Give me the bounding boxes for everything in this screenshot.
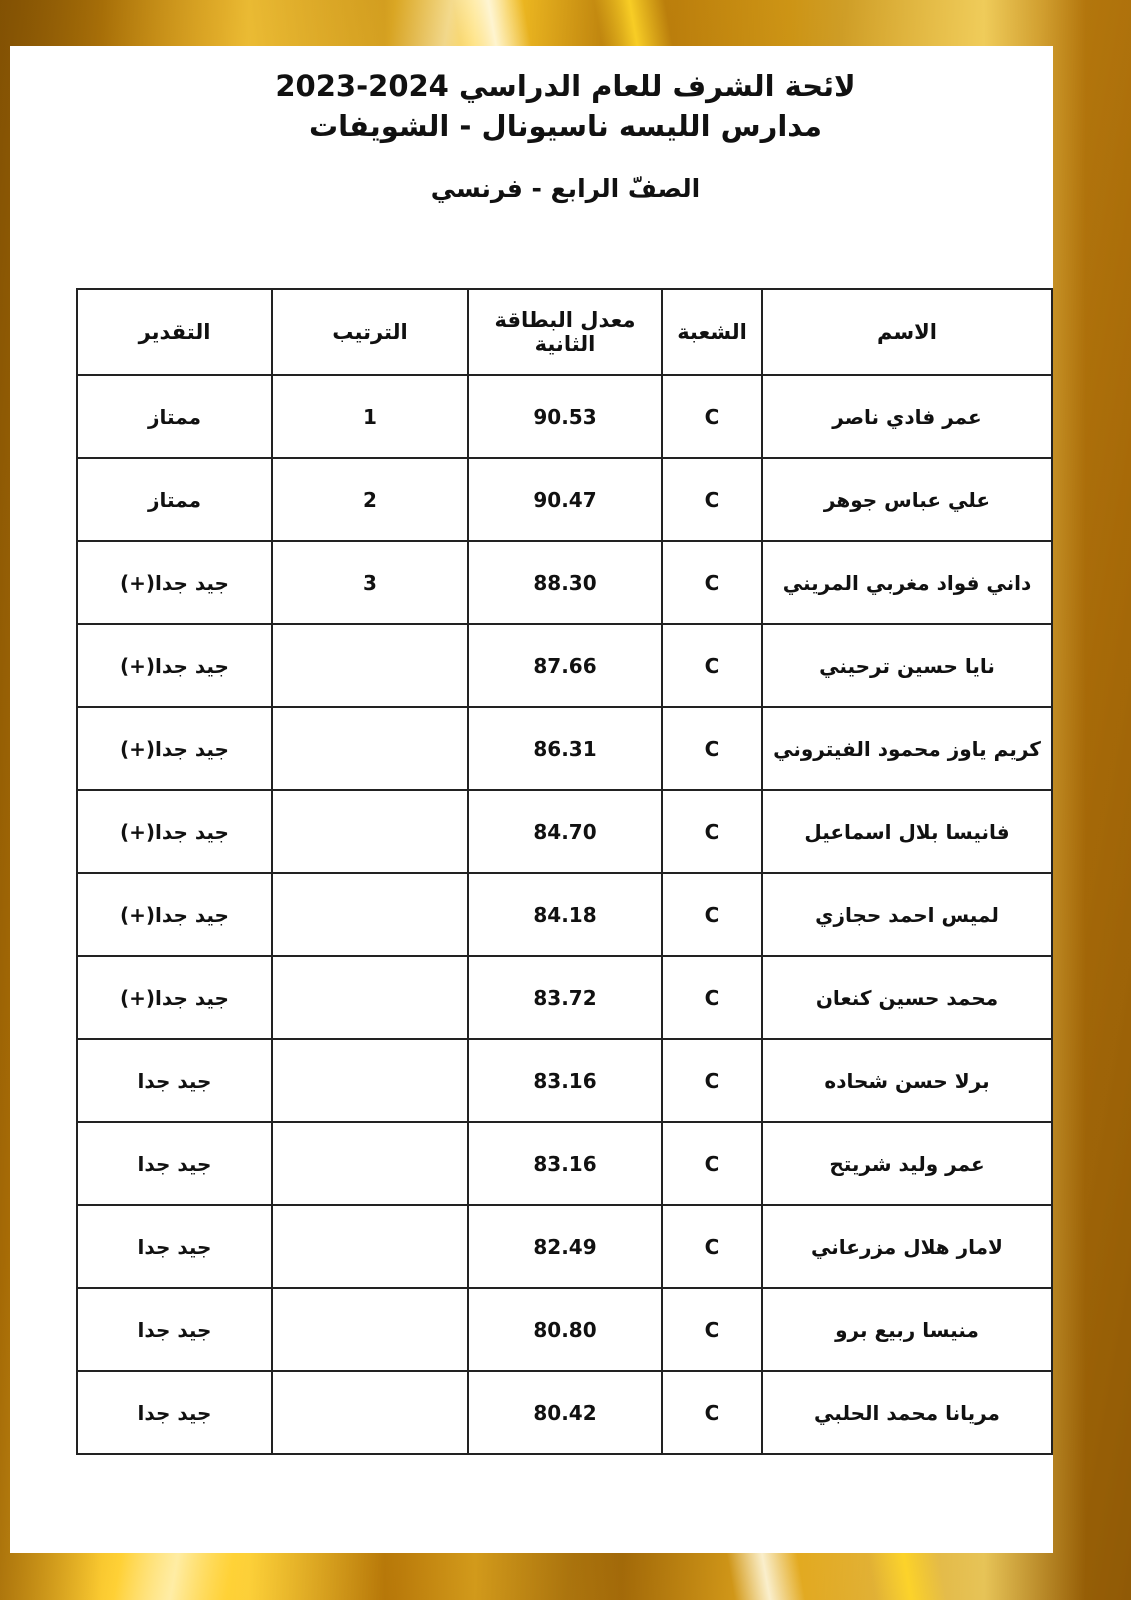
rank-cell — [272, 956, 468, 1039]
table-row: لميس احمد حجازي C 84.18 جيد جدا(+) — [77, 873, 1052, 956]
average-cell: 80.42 — [468, 1371, 662, 1454]
rank-cell: 3 — [272, 541, 468, 624]
header-grade: التقدير — [77, 289, 272, 375]
rank-cell — [272, 1205, 468, 1288]
section-cell: C — [662, 1371, 762, 1454]
student-name-cell: مريانا محمد الحلبي — [762, 1371, 1052, 1454]
section-cell: C — [662, 1205, 762, 1288]
title-line-1: لائحة الشرف للعام الدراسي 2024-2023 — [275, 69, 855, 103]
header-rank: الترتيب — [272, 289, 468, 375]
rank-cell — [272, 624, 468, 707]
section-cell: C — [662, 624, 762, 707]
student-name-cell: كريم ياوز محمود الفيتروني — [762, 707, 1052, 790]
grade-cell: جيد جدا(+) — [77, 707, 272, 790]
table-row: محمد حسين كنعان C 83.72 جيد جدا(+) — [77, 956, 1052, 1039]
grade-cell: جيد جدا(+) — [77, 624, 272, 707]
document-title: لائحة الشرف للعام الدراسي 2024-2023 مدار… — [78, 46, 1053, 146]
grade-cell: جيد جدا — [77, 1205, 272, 1288]
section-cell: C — [662, 541, 762, 624]
grade-cell: جيد جدا(+) — [77, 956, 272, 1039]
average-cell: 90.53 — [468, 375, 662, 458]
average-cell: 88.30 — [468, 541, 662, 624]
rank-cell — [272, 1288, 468, 1371]
grade-cell: جيد جدا — [77, 1122, 272, 1205]
grade-cell: جيد جدا(+) — [77, 873, 272, 956]
header-name: الاسم — [762, 289, 1052, 375]
title-line-2: مدارس الليسه ناسيونال - الشويفات — [309, 109, 822, 143]
student-name-cell: لامار هلال مزرعاني — [762, 1205, 1052, 1288]
student-name-cell: برلا حسن شحاده — [762, 1039, 1052, 1122]
table-row: برلا حسن شحاده C 83.16 جيد جدا — [77, 1039, 1052, 1122]
table-row: مريانا محمد الحلبي C 80.42 جيد جدا — [77, 1371, 1052, 1454]
student-name-cell: نايا حسين ترحيني — [762, 624, 1052, 707]
student-name-cell: لميس احمد حجازي — [762, 873, 1052, 956]
table-row: منيسا ربيع برو C 80.80 جيد جدا — [77, 1288, 1052, 1371]
grade-cell: جيد جدا — [77, 1288, 272, 1371]
grade-cell: جيد جدا(+) — [77, 541, 272, 624]
table-row: كريم ياوز محمود الفيتروني C 86.31 جيد جد… — [77, 707, 1052, 790]
section-cell: C — [662, 1122, 762, 1205]
section-cell: C — [662, 1039, 762, 1122]
student-name-cell: عمر فادي ناصر — [762, 375, 1052, 458]
rank-cell — [272, 1039, 468, 1122]
average-cell: 82.49 — [468, 1205, 662, 1288]
rank-cell — [272, 873, 468, 956]
rank-cell — [272, 1122, 468, 1205]
header-section: الشعبة — [662, 289, 762, 375]
rank-cell: 2 — [272, 458, 468, 541]
student-name-cell: عمر وليد شريتح — [762, 1122, 1052, 1205]
section-cell: C — [662, 956, 762, 1039]
document-content: لائحة الشرف للعام الدراسي 2024-2023 مدار… — [78, 46, 1053, 1455]
average-cell: 84.18 — [468, 873, 662, 956]
rank-cell — [272, 790, 468, 873]
table-row: داني فواد مغربي المريني C 88.30 3 جيد جد… — [77, 541, 1052, 624]
header-average: معدل البطاقة الثانية — [468, 289, 662, 375]
grade-cell: ممتاز — [77, 458, 272, 541]
student-name-cell: علي عباس جوهر — [762, 458, 1052, 541]
grade-cell: جيد جدا(+) — [77, 790, 272, 873]
table-row: عمر وليد شريتح C 83.16 جيد جدا — [77, 1122, 1052, 1205]
grade-cell: ممتاز — [77, 375, 272, 458]
class-subtitle: الصفّ الرابع - فرنسي — [78, 171, 1053, 207]
grade-cell: جيد جدا — [77, 1039, 272, 1122]
average-cell: 86.31 — [468, 707, 662, 790]
section-cell: C — [662, 873, 762, 956]
document-page: لائحة الشرف للعام الدراسي 2024-2023 مدار… — [10, 46, 1053, 1553]
average-cell: 83.16 — [468, 1039, 662, 1122]
student-name-cell: داني فواد مغربي المريني — [762, 541, 1052, 624]
section-cell: C — [662, 790, 762, 873]
table-row: فانيسا بلال اسماعيل C 84.70 جيد جدا(+) — [77, 790, 1052, 873]
table-row: عمر فادي ناصر C 90.53 1 ممتاز — [77, 375, 1052, 458]
section-cell: C — [662, 1288, 762, 1371]
average-cell: 84.70 — [468, 790, 662, 873]
section-cell: C — [662, 707, 762, 790]
table-row: نايا حسين ترحيني C 87.66 جيد جدا(+) — [77, 624, 1052, 707]
average-cell: 83.72 — [468, 956, 662, 1039]
average-cell: 87.66 — [468, 624, 662, 707]
rank-cell — [272, 1371, 468, 1454]
table-row: لامار هلال مزرعاني C 82.49 جيد جدا — [77, 1205, 1052, 1288]
section-cell: C — [662, 375, 762, 458]
table-row: علي عباس جوهر C 90.47 2 ممتاز — [77, 458, 1052, 541]
honor-roll-table: الاسم الشعبة معدل البطاقة الثانية الترتي… — [76, 288, 1053, 1455]
gold-background: لائحة الشرف للعام الدراسي 2024-2023 مدار… — [0, 0, 1131, 1600]
grade-cell: جيد جدا — [77, 1371, 272, 1454]
student-name-cell: منيسا ربيع برو — [762, 1288, 1052, 1371]
rank-cell: 1 — [272, 375, 468, 458]
rank-cell — [272, 707, 468, 790]
average-cell: 90.47 — [468, 458, 662, 541]
average-cell: 83.16 — [468, 1122, 662, 1205]
student-name-cell: محمد حسين كنعان — [762, 956, 1052, 1039]
section-cell: C — [662, 458, 762, 541]
student-name-cell: فانيسا بلال اسماعيل — [762, 790, 1052, 873]
average-cell: 80.80 — [468, 1288, 662, 1371]
table-header-row: الاسم الشعبة معدل البطاقة الثانية الترتي… — [77, 289, 1052, 375]
